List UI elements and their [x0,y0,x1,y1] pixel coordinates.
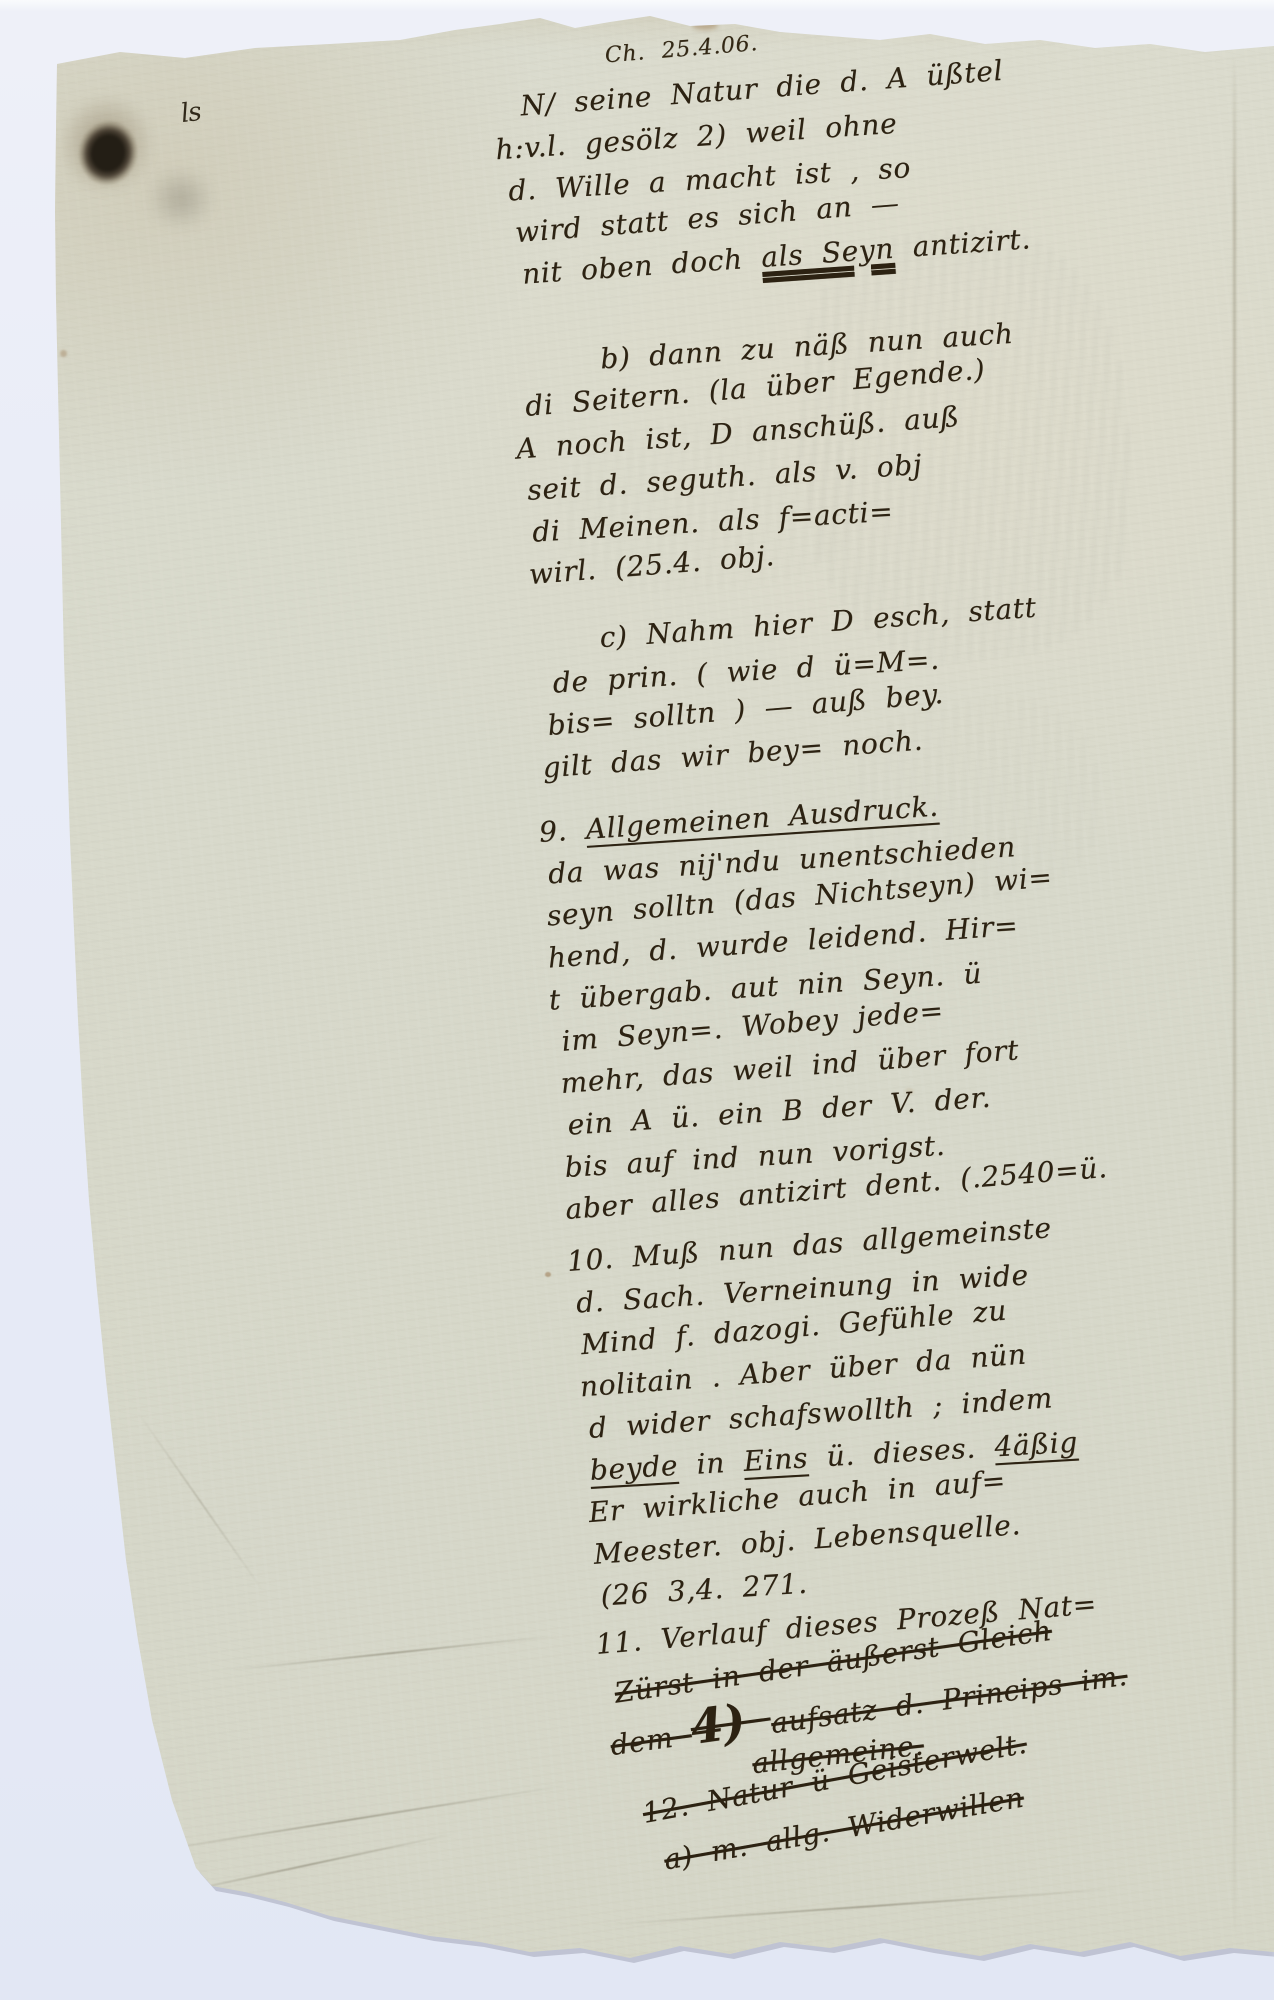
ink-smudge [148,168,214,230]
crease [229,1635,557,1671]
crease [601,1888,1120,1926]
manuscript-paper: ls Ch. 25.4.06.N/ seine Natur die d. A ü… [0,0,1274,2000]
margin-mark: ls [179,97,202,129]
scan-backdrop: ls Ch. 25.4.06.N/ seine Natur die d. A ü… [0,0,1274,2000]
fold-line [1233,52,1236,1942]
paper-speck [545,1272,551,1277]
crease [142,1784,567,1853]
crease [136,1410,264,1591]
paper-speck [1082,26,1102,35]
paper-speck [60,350,67,357]
